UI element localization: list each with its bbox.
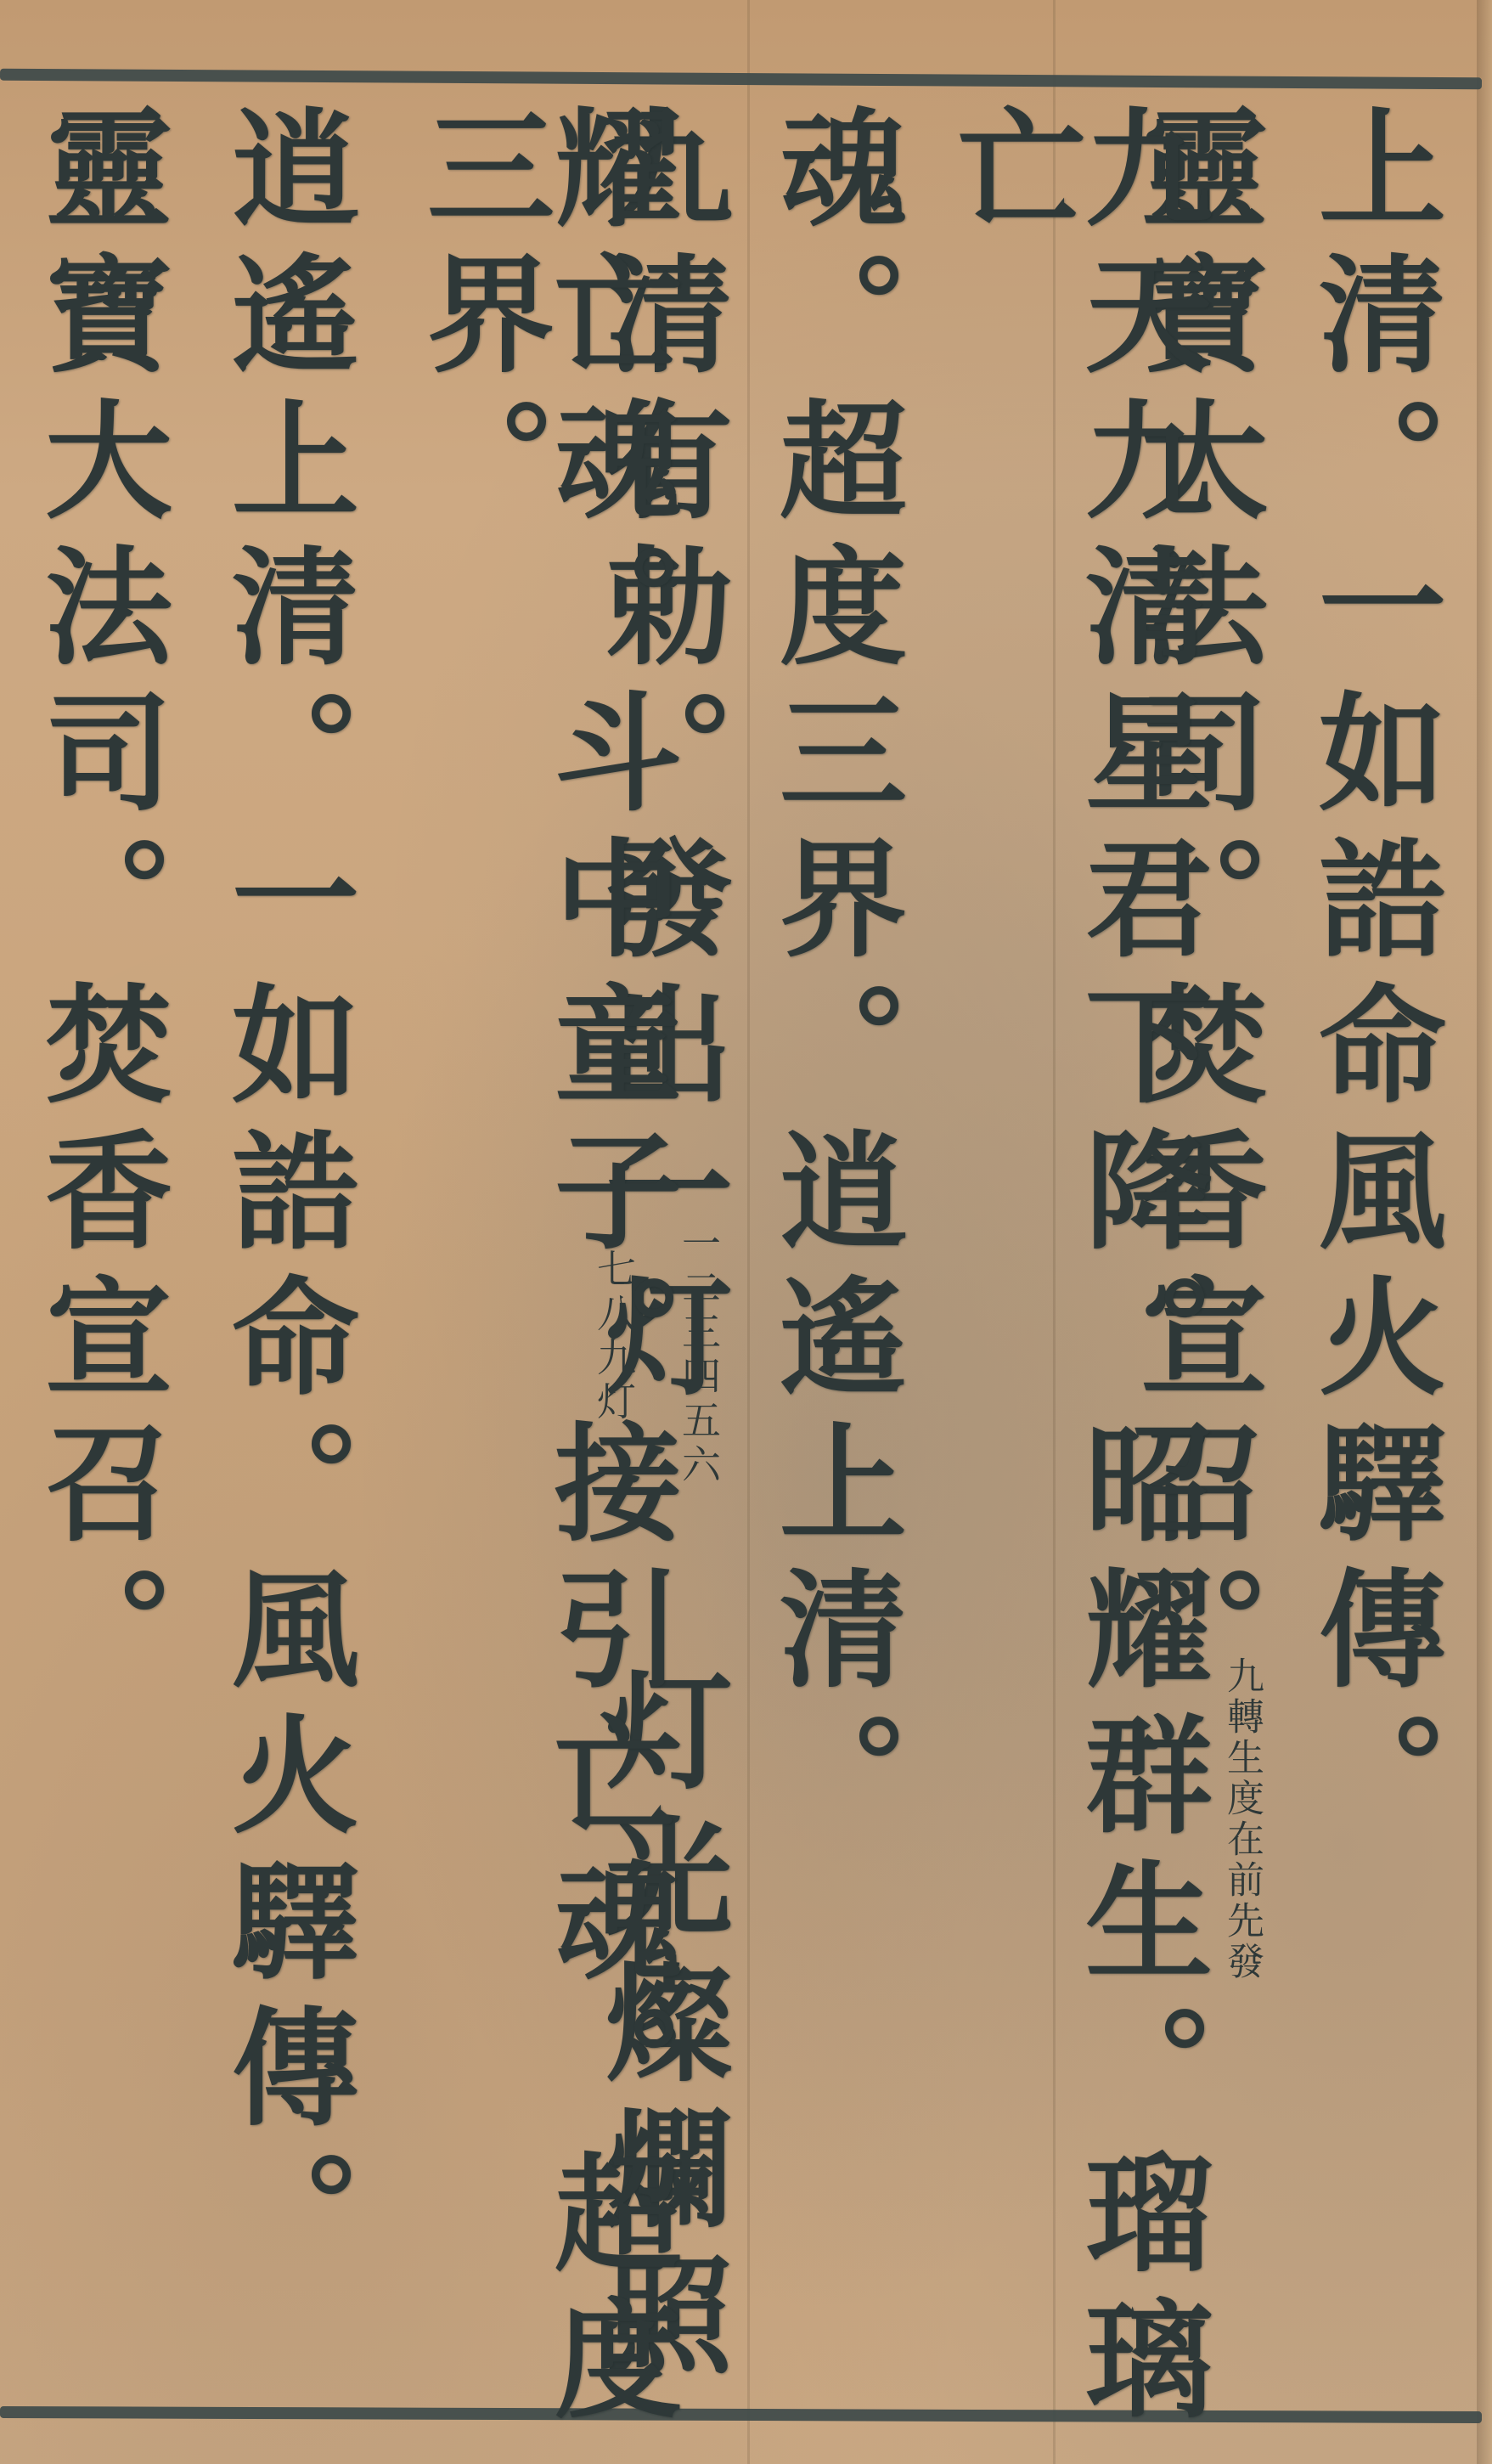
top-border-rule [0,69,1482,90]
text-column-1: 上清。一如誥命風火驛傳。 [1308,102,1435,1855]
page-edge-shadow [1477,0,1492,2464]
manuscript-page: 上清。一如誥命風火驛傳。 靈寶大法司。焚香宣召。 九轉生度在前先發 九天九清星君… [0,0,1492,2464]
text-column-6: 耀亡魂。斗中童子。接引亡魂。超度三界。 [416,102,671,2464]
side-annotation: 九轉生度在前先發 [1223,1656,1260,1982]
text-column-3: 九天九清星君下降。昭耀群生。瑠璃亡 [947,102,1202,2464]
text-column-8: 靈寶大法司。焚香宣召。 [34,102,161,1709]
paper-crease [747,0,750,2464]
bottom-border-rule [0,2406,1482,2423]
text-column-7: 逍遙上清。一如誥命。風火驛傳。 [221,102,348,2293]
interlinear-numerals-upper: 一二三四五六 [679,1223,718,1488]
text-column-4: 魂。超度三界。逍遙上清。 [769,102,896,1855]
